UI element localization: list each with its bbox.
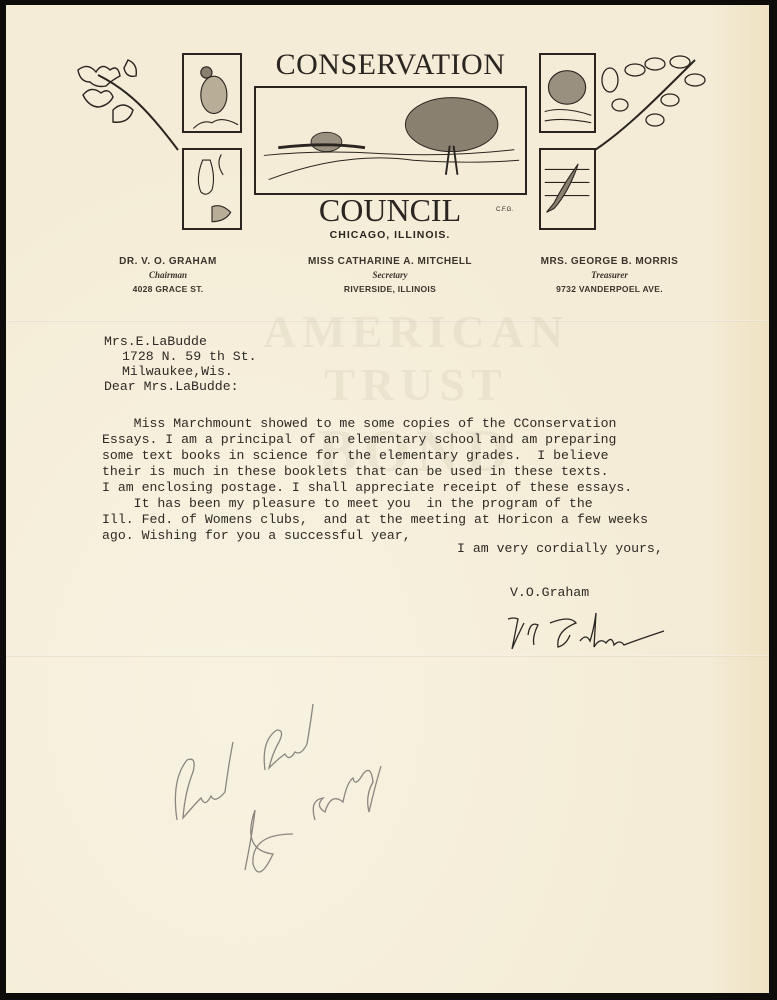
- trout-illustration: [539, 148, 596, 230]
- columbine-illustration: [182, 148, 242, 230]
- recipient-name: Mrs.E.LaBudde: [104, 334, 207, 350]
- officer-chairman: DR. V. O. GRAHAM Chairman 4028 GRACE ST.: [98, 256, 238, 294]
- handwritten-signature: [500, 605, 710, 655]
- recipient-city: Milwaukee,Wis.: [122, 364, 233, 380]
- body-line: It has been my pleasure to meet you in t…: [102, 496, 593, 512]
- pencil-annotation: [165, 680, 465, 900]
- body-line: I am enclosing postage. I shall apprecia…: [102, 480, 632, 496]
- bison-illustration: [539, 53, 596, 133]
- artist-initials: C.F.G.: [496, 207, 513, 213]
- fold-line: [6, 655, 769, 657]
- quail-illustration: [182, 53, 242, 133]
- oak-branch-illustration: [68, 50, 188, 160]
- leaf-branch-illustration: [595, 50, 710, 160]
- body-line: some text books in science for the eleme…: [102, 448, 608, 464]
- typed-signature: V.O.Graham: [510, 585, 589, 601]
- letterhead-location: CHICAGO, ILLINOIS.: [290, 229, 490, 241]
- officer-treasurer: MRS. GEORGE B. MORRIS Treasurer 9732 VAN…: [527, 256, 692, 294]
- body-line: Essays. I am a principal of an elementar…: [102, 432, 616, 448]
- body-line: ago. Wishing for you a successful year,: [102, 528, 411, 544]
- body-line: their is much in these booklets that can…: [102, 464, 608, 480]
- letterhead-council: COUNCIL: [290, 192, 490, 229]
- landscape-illustration: [254, 86, 527, 195]
- recipient-street: 1728 N. 59 th St.: [122, 349, 257, 365]
- letterhead-title: CONSERVATION: [248, 48, 533, 82]
- officer-secretary: MISS CATHARINE A. MITCHELL Secretary RIV…: [290, 256, 490, 294]
- salutation: Dear Mrs.LaBudde:: [104, 379, 239, 395]
- body-line: Ill. Fed. of Womens clubs, and at the me…: [102, 512, 648, 528]
- closing: I am very cordially yours,: [457, 541, 663, 557]
- body-line: Miss Marchmount showed to me some copies…: [102, 416, 616, 432]
